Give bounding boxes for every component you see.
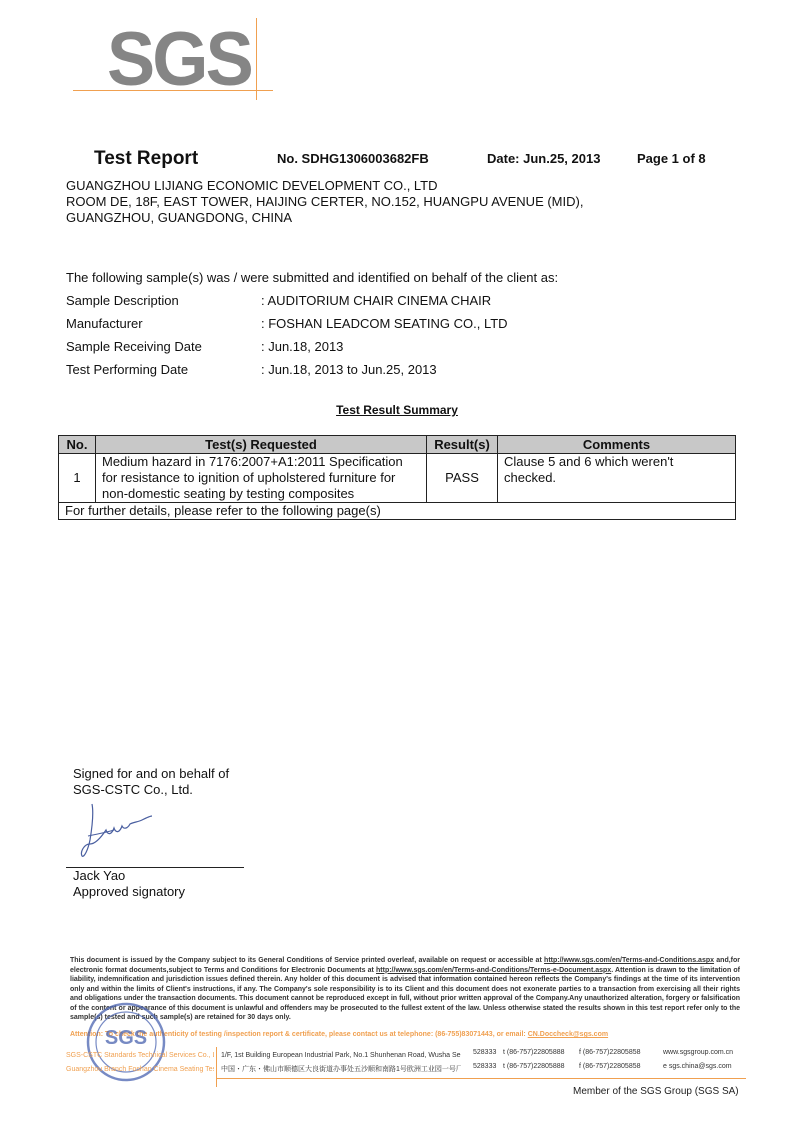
lab-address-cn: 中国・广东・佛山市顺德区大良街道办事处五沙顺和南路1号欧洲工业园一号厂房首层 邮… <box>221 1063 461 1077</box>
signer-block: Jack Yao Approved signatory <box>73 868 185 900</box>
field-label: Sample Receiving Date <box>66 339 256 354</box>
field-value: : Jun.18, 2013 <box>261 339 343 354</box>
lab-company-line-2: Guangzhou Branch Foshan Cinema Seating T… <box>66 1063 214 1077</box>
client-address: GUANGZHOU LIJIANG ECONOMIC DEVELOPMENT C… <box>66 178 583 226</box>
col-comments: Comments <box>498 436 736 454</box>
col-no: No. <box>59 436 96 454</box>
cell-result: PASS <box>427 454 498 503</box>
postcode-1: 528333 <box>473 1049 496 1056</box>
website-link[interactable]: www.sgsgroup.com.cn <box>663 1049 733 1056</box>
logo-vertical-rule <box>256 18 257 100</box>
fax-1: f (86-757)22805858 <box>579 1049 641 1056</box>
terms-e-document-link[interactable]: http://www.sgs.com/en/Terms-and-Conditio… <box>376 967 611 974</box>
doccheck-email-link[interactable]: CN.Doccheck@sgs.com <box>528 1031 608 1038</box>
lab-company-line-1: SGS-CSTC Standards Technical Services Co… <box>66 1049 214 1063</box>
col-results: Result(s) <box>427 436 498 454</box>
handwritten-signature <box>78 800 158 862</box>
cell-test: Medium hazard in 7176:2007+A1:2011 Speci… <box>96 454 427 503</box>
terms-link[interactable]: http://www.sgs.com/en/Terms-and-Conditio… <box>544 957 714 964</box>
fax-2: f (86-757)22805858 <box>579 1063 641 1070</box>
footer-horizontal-rule <box>216 1078 746 1079</box>
telephone-2: t (86-757)22805888 <box>503 1063 565 1070</box>
lab-company: SGS-CSTC Standards Technical Services Co… <box>66 1049 214 1077</box>
table-header-row: No. Test(s) Requested Result(s) Comments <box>59 436 736 454</box>
field-value: : AUDITORIUM CHAIR CINEMA CHAIR <box>261 293 491 308</box>
table-footnote-row: For further details, please refer to the… <box>59 503 736 520</box>
sample-intro: The following sample(s) was / were submi… <box>66 270 558 285</box>
cell-no: 1 <box>59 454 96 503</box>
field-label: Sample Description <box>66 293 256 308</box>
col-tests: Test(s) Requested <box>96 436 427 454</box>
page-indicator: Page 1 of 8 <box>637 151 706 166</box>
email-link[interactable]: e sgs.china@sgs.com <box>663 1063 732 1070</box>
summary-title: Test Result Summary <box>336 403 458 417</box>
signed-line-1: Signed for and on behalf of <box>73 766 229 782</box>
lab-address-en: 1/F, 1st Building European Industrial Pa… <box>221 1049 461 1063</box>
client-address-line: ROOM DE, 18F, EAST TOWER, HAIJING CERTER… <box>66 194 583 210</box>
client-city: GUANGZHOU, GUANGDONG, CHINA <box>66 210 583 226</box>
table-row: 1 Medium hazard in 7176:2007+A1:2011 Spe… <box>59 454 736 503</box>
sgs-group-membership: Member of the SGS Group (SGS SA) <box>573 1086 739 1097</box>
report-date: Date: Jun.25, 2013 <box>487 151 600 166</box>
report-number: No. SDHG1306003682FB <box>277 151 429 166</box>
signer-role: Approved signatory <box>73 884 185 900</box>
signer-name: Jack Yao <box>73 868 185 884</box>
footer-vertical-rule <box>216 1047 217 1087</box>
client-name: GUANGZHOU LIJIANG ECONOMIC DEVELOPMENT C… <box>66 178 583 194</box>
field-label: Manufacturer <box>66 316 256 331</box>
signed-on-behalf: Signed for and on behalf of SGS-CSTC Co.… <box>73 766 229 798</box>
legal-text-1: This document is issued by the Company s… <box>70 957 544 964</box>
svg-text:SGS: SGS <box>105 1027 147 1049</box>
field-value: : FOSHAN LEADCOM SEATING CO., LTD <box>261 316 508 331</box>
cell-comments: Clause 5 and 6 which weren't checked. <box>498 454 736 503</box>
sgs-logo: SGS <box>73 18 263 100</box>
logo-horizontal-rule <box>73 90 273 91</box>
report-title: Test Report <box>94 148 198 170</box>
field-value: : Jun.18, 2013 to Jun.25, 2013 <box>261 362 437 377</box>
lab-address: 1/F, 1st Building European Industrial Pa… <box>221 1049 461 1077</box>
logo-text: SGS <box>107 22 251 98</box>
summary-heading: Test Result Summary <box>0 403 794 417</box>
postcode-2: 528333 <box>473 1063 496 1070</box>
result-summary-table: No. Test(s) Requested Result(s) Comments… <box>58 435 736 520</box>
field-label: Test Performing Date <box>66 362 256 377</box>
telephone-1: t (86-757)22805888 <box>503 1049 565 1056</box>
table-footnote: For further details, please refer to the… <box>59 503 736 520</box>
signed-line-2: SGS-CSTC Co., Ltd. <box>73 782 229 798</box>
